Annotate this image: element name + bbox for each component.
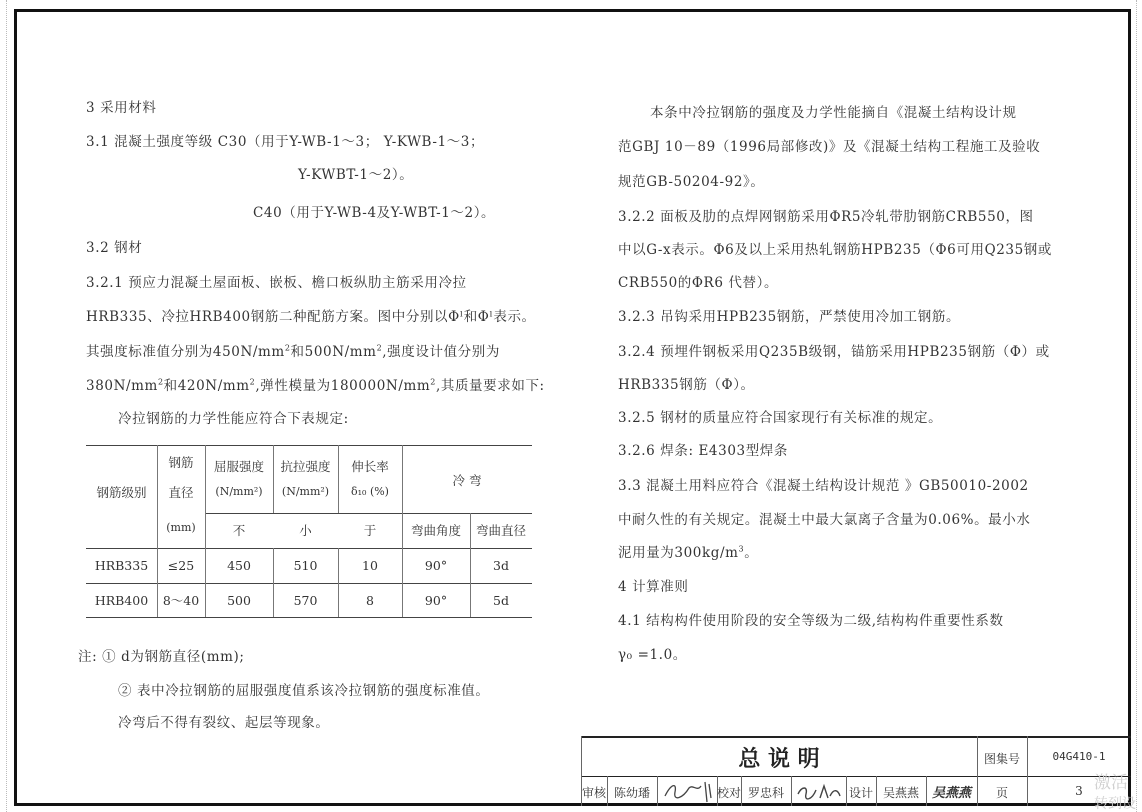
header-yield: 屈服强度 [205, 459, 273, 475]
drawing-title: 总 说 明 [581, 742, 977, 773]
cold-drawn-rebar-properties-table: 钢筋级别 钢筋 直径 (mm) 屈服强度 (N/mm²) 抗拉强度 (N/mm²… [86, 445, 532, 618]
table-rule-top [86, 445, 532, 446]
text-span: 和500N/mm [291, 344, 377, 360]
activation-watermark-line1: 激活 [1094, 768, 1128, 793]
header-elongation-unit: δ₁₀ (%) [338, 485, 402, 499]
clause-3-2-2-line2: 中以G-x表示。Φ6及以上采用热轧钢筋HPB235（Φ6可用Q235钢或 [618, 238, 1052, 258]
clause-4-1-line1: 4.1 结构构件使用阶段的安全等级为二级,结构构件重要性系数 [618, 609, 1004, 629]
title-block-mid-rule [581, 776, 1131, 777]
text-span: ,弹性模量为180000N/mm [255, 378, 430, 394]
clause-3-3-line1: 3.3 混凝土用料应符合《混凝土结构设计规范 》GB50010-2002 [618, 474, 1029, 494]
row1-tensile: 510 [273, 558, 338, 574]
clause-3-1-cont: Y-KWBT-1～2）。 [298, 163, 413, 183]
row2-elongation: 8 [338, 593, 402, 609]
clause-3-2-4-line2: HRB335钢筋（Φ）。 [618, 373, 755, 393]
header-grade: 钢筋级别 [86, 485, 157, 501]
table-intro: 冷拉钢筋的力学性能应符合下表规定: [118, 407, 349, 427]
header-diameter-unit: (mm) [157, 521, 205, 535]
table-rule-bottom [86, 617, 532, 618]
clause-3-2-4-line1: 3.2.4 预埋件钢板采用Q235B级钢，锚筋采用HPB235钢筋（Φ）或 [618, 340, 1050, 360]
title-block-divider [791, 776, 792, 806]
page-label: 页 [977, 784, 1027, 801]
row1-bend-angle: 90° [402, 558, 470, 574]
table-col-divider [273, 445, 274, 513]
text-span: 。 [744, 545, 758, 561]
header-not-less-2: 小 [273, 523, 338, 539]
note-1: 注: ① d为钢筋直径(mm); [78, 645, 245, 665]
reviewer-signature-icon [661, 778, 715, 804]
clause-3-2-3: 3.2.3 吊钩采用HPB235钢筋，严禁使用冷加工钢筋。 [618, 305, 960, 325]
header-diameter-l2: 直径 [157, 485, 205, 501]
designer-name: 吴燕燕 [876, 784, 926, 801]
header-bend-angle: 弯曲角度 [402, 523, 470, 539]
clause-3-2-2-line1: 3.2.2 面板及肋的点焊网钢筋采用ΦR5冷轧带肋钢筋CRB550，图 [618, 205, 1034, 225]
text-span: ,其质量要求如下: [436, 378, 545, 394]
text-span: 和420N/mm [164, 378, 250, 394]
table-rule-row [86, 583, 532, 584]
row1-yield: 450 [205, 558, 273, 574]
text-span: ,强度设计值分别为 [382, 344, 500, 360]
row2-yield: 500 [205, 593, 273, 609]
section-4-heading: 4 计算准则 [618, 575, 688, 595]
table-col-divider [338, 445, 339, 513]
clause-3-2-1-line2: HRB335、冷拉HRB400钢筋二种配筋方案。图中分别以Φˡ和Φˡ表示。 [86, 305, 536, 325]
text-span: 其强度标准值分别为450N/mm [86, 344, 285, 360]
row2-grade: HRB400 [86, 593, 157, 609]
clause-3-2-5: 3.2.5 钢材的质量应符合国家现行有关标准的规定。 [618, 406, 942, 426]
clause-3-2-1-line3: 其强度标准值分别为450N/mm2和500N/mm2,强度设计值分别为 [86, 340, 500, 360]
row2-diameter: 8～40 [157, 593, 205, 609]
checker-signature-icon [794, 778, 844, 804]
row2-bend-diameter: 5d [470, 593, 532, 609]
table-rule-header-bottom [86, 548, 532, 549]
header-bend-diameter: 弯曲直径 [470, 523, 532, 539]
row2-bend-angle: 90° [402, 593, 470, 609]
text-span: 380N/mm [86, 378, 158, 394]
header-not-less-1: 不 [205, 523, 273, 539]
note-3: 冷弯后不得有裂纹、起层等现象。 [118, 711, 330, 731]
clause-3-2-2-line3: CRB550的ΦR6 代替）。 [618, 271, 778, 291]
reviewer-name: 陈幼璠 [607, 784, 657, 801]
title-block: 总 说 明 图集号 04G410-1 审核 陈幼璠 校对 罗忠科 设计 吴燕燕 … [581, 736, 1131, 806]
clause-3-2-1-line1: 3.2.1 预应力混凝土屋面板、嵌板、檐口板纵肋主筋采用冷拉 [86, 271, 467, 291]
header-yield-unit: (N/mm²) [205, 485, 273, 499]
clause-3-3-line3: 泥用量为300kg/m3。 [618, 541, 758, 561]
header-cold-bend: 冷 弯 [402, 473, 532, 489]
header-tensile: 抗拉强度 [273, 459, 338, 475]
right-scan-edge [1136, 0, 1140, 812]
clause-3-2-6: 3.2.6 焊条: E4303型焊条 [618, 439, 788, 459]
row1-elongation: 10 [338, 558, 402, 574]
row1-grade: HRB335 [86, 558, 157, 574]
clause-3-1: 3.1 混凝土强度等级 C30（用于Y-WB-1～3； Y-KWB-1～3； [86, 130, 484, 150]
clause-3-2-1-line4: 380N/mm2和420N/mm2,弹性模量为180000N/mm2,其质量要求… [86, 374, 545, 394]
left-scan-edge [6, 0, 10, 812]
source-line3: 规范GB-50204-92》。 [618, 170, 764, 190]
text-span: 泥用量为300kg/m [618, 545, 739, 561]
checker-name: 罗忠科 [741, 784, 791, 801]
section-3-heading: 3 采用材料 [86, 96, 156, 116]
clause-4-1-line2: γ₀ =1.0。 [618, 643, 687, 663]
table-rule-header-mid [205, 513, 532, 514]
row1-diameter: ≤25 [157, 558, 205, 574]
atlas-number: 04G410-1 [1027, 750, 1131, 763]
row2-tensile: 570 [273, 593, 338, 609]
note-2: ② 表中冷拉钢筋的屈服强度值系该冷拉钢筋的强度标准值。 [118, 679, 490, 699]
title-block-divider [657, 776, 658, 806]
clause-3-1-c40: C40（用于Y-WB-4及Y-WBT-1～2）。 [253, 201, 495, 221]
design-label: 设计 [846, 784, 876, 801]
designer-signature: 吴燕燕 [926, 782, 977, 801]
row1-bend-diameter: 3d [470, 558, 532, 574]
source-line2: 范GBJ 10－89（1996局部修改)》及《混凝土结构工程施工及验收 [618, 135, 1040, 155]
header-not-less-3: 于 [338, 523, 402, 539]
header-tensile-unit: (N/mm²) [273, 485, 338, 499]
header-elongation: 伸长率 [338, 459, 402, 475]
activation-watermark-line2: 转到设 [1094, 793, 1136, 812]
clause-3-3-line2: 中耐久性的有关规定。混凝土中最大氯离子含量为0.06%。最小水 [618, 508, 1031, 528]
source-line1: 本条中冷拉钢筋的强度及力学性能摘自《混凝土结构设计规 [650, 101, 1017, 121]
review-label: 审核 [581, 784, 607, 801]
clause-3-2-heading: 3.2 钢材 [86, 236, 142, 256]
header-diameter-l1: 钢筋 [157, 455, 205, 471]
title-block-top-rule [581, 736, 1131, 738]
atlas-no-label: 图集号 [977, 750, 1027, 767]
check-label: 校对 [717, 784, 741, 801]
